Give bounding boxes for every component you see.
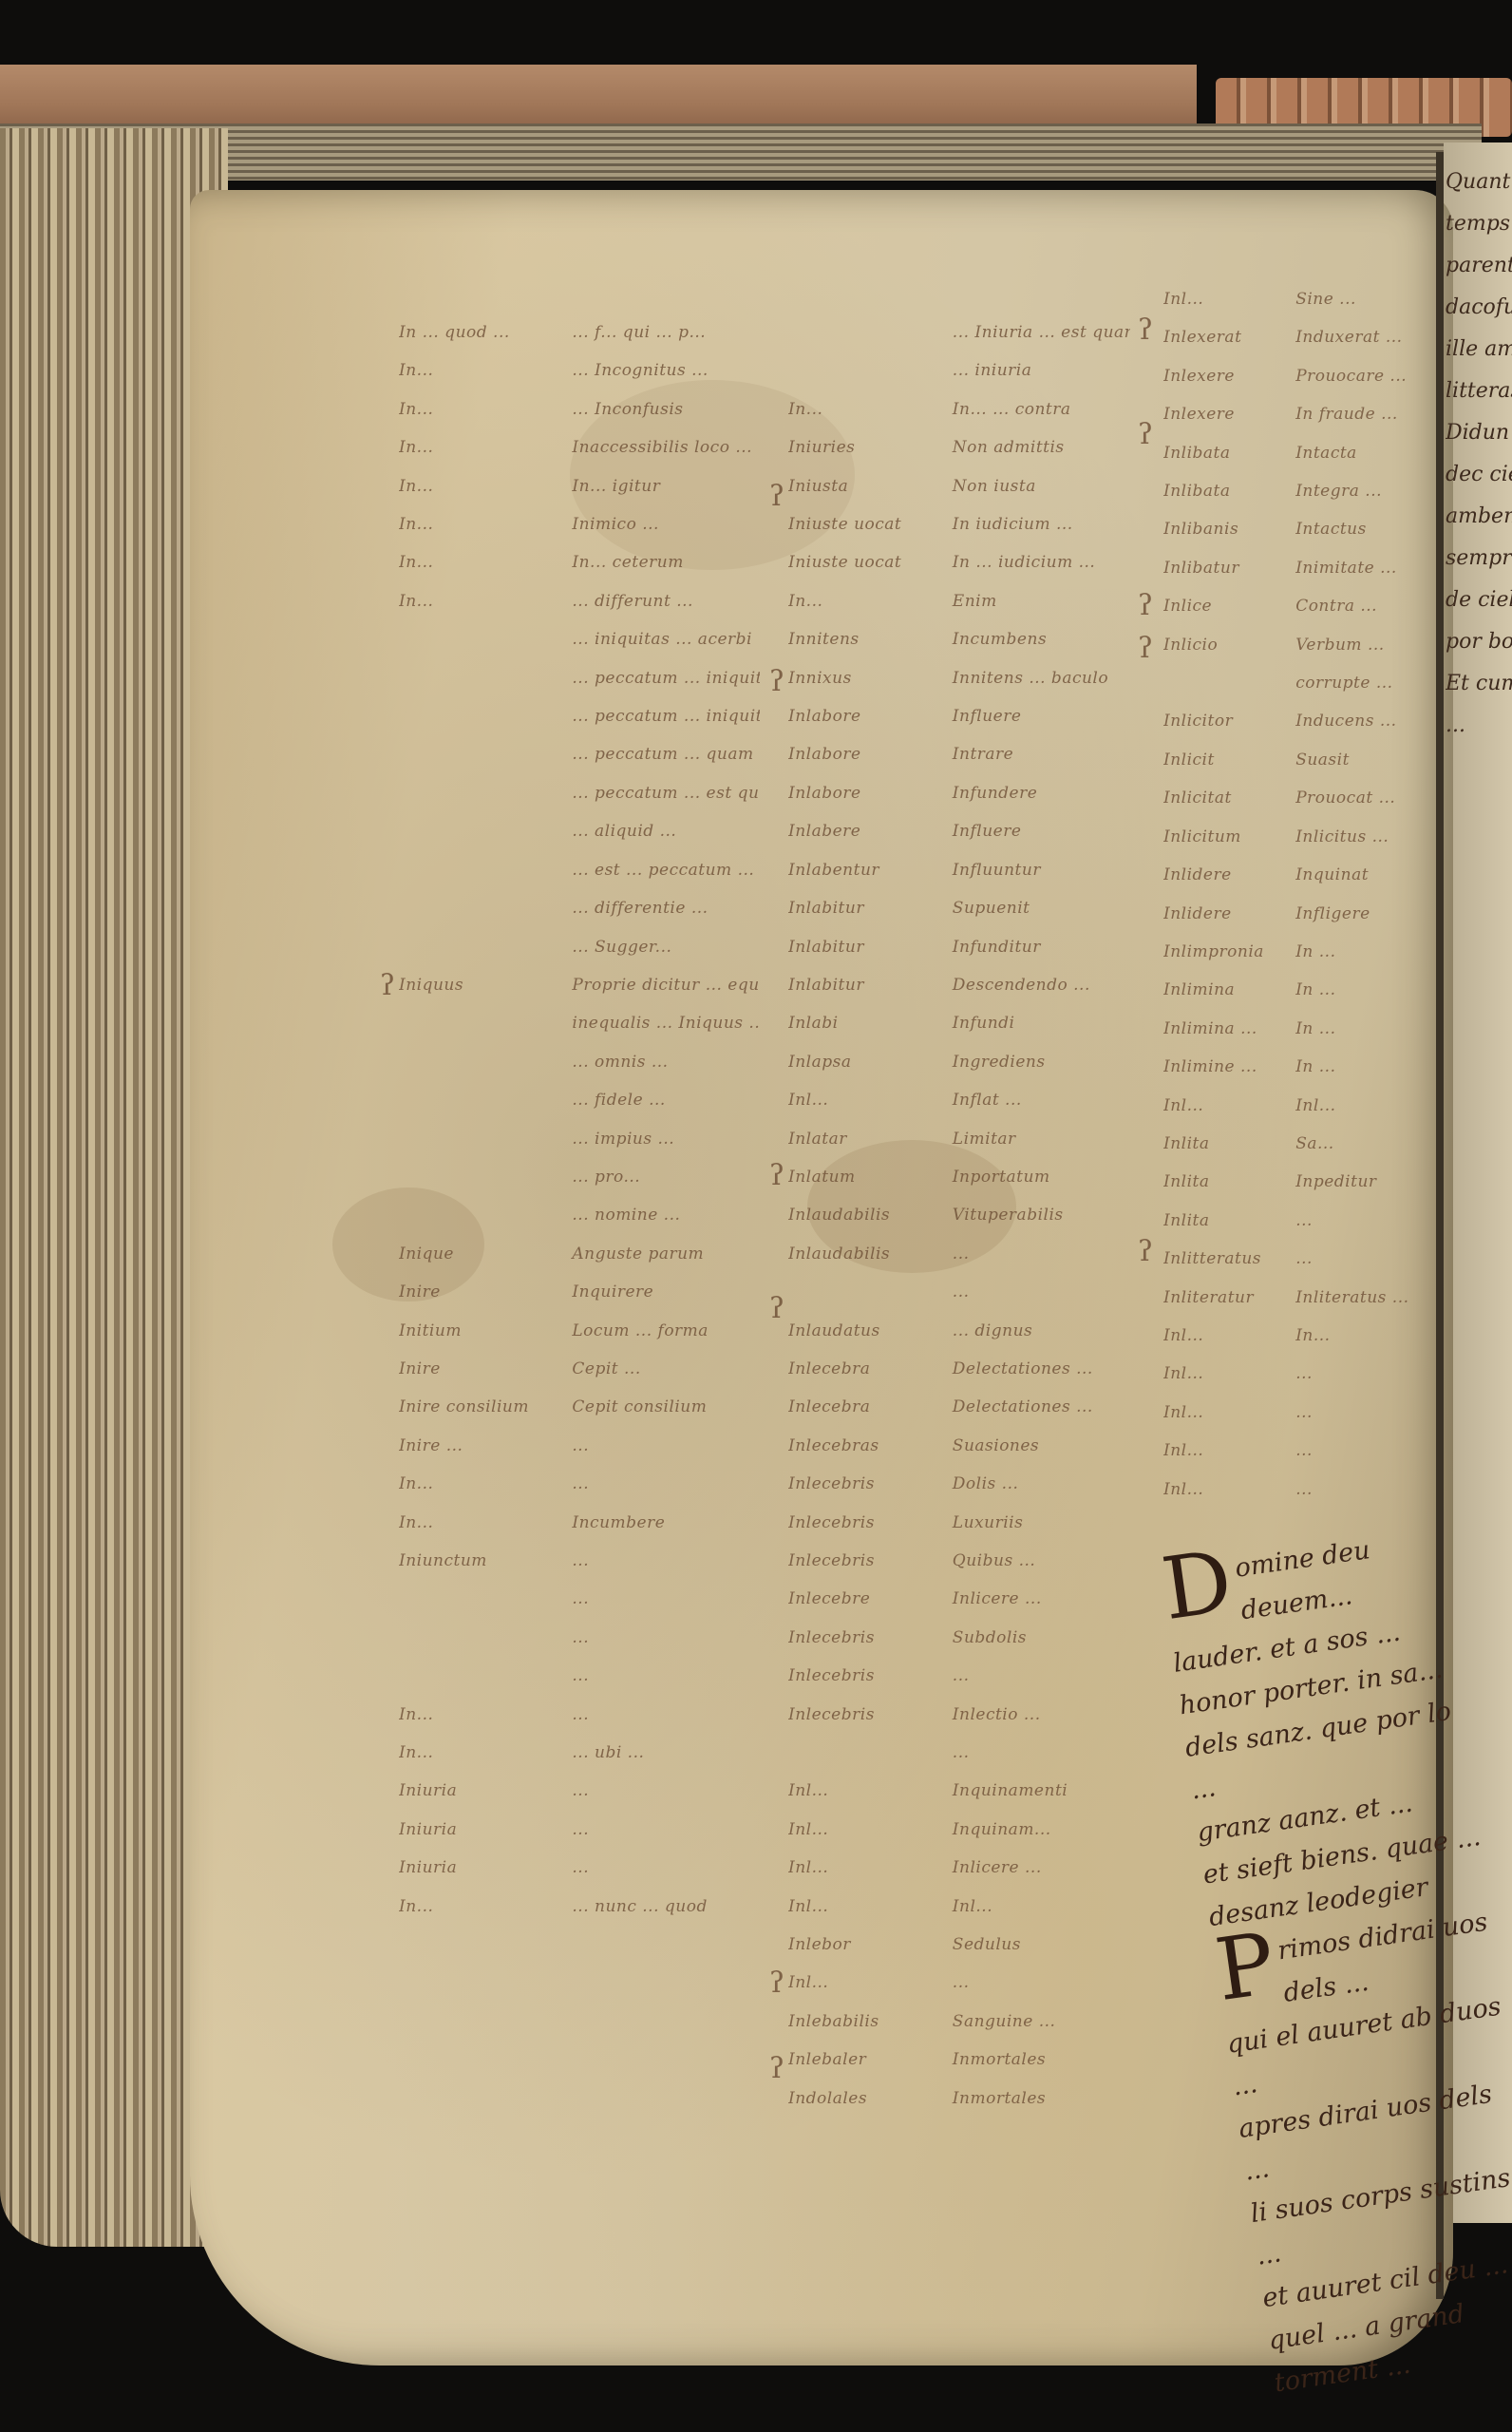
paragraph-mark-icon: ʔ [1138,632,1153,665]
gloss: In ... [1295,1010,1335,1048]
gloss: Sine ... [1295,280,1356,318]
paragraph-mark-icon: ʔ [769,1159,784,1192]
gloss-entry: InlecebrisDolis ... [788,1465,1130,1503]
gloss-entry: ... nomine ... [399,1196,760,1234]
lemma: In... [399,390,572,428]
gloss: ... [953,1235,970,1273]
paragraph-mark-icon: ʔ [769,2052,784,2085]
gloss-entry: InlimproniaIn ... [1163,933,1439,971]
gloss: Infundere [953,774,1037,812]
lemma: Inlecebris [788,1619,953,1657]
paragraph-mark-icon: ʔ [1138,589,1153,622]
gloss-entry: Inl...... [1163,1432,1439,1470]
gloss-entry: In...... differunt ... [399,582,760,620]
gloss: ... peccatum ... quam [572,735,753,773]
gloss-entry: InleborSedulus [788,1926,1130,1964]
gloss: ... omnis ... [572,1043,668,1081]
gloss: corrupte ... [1295,664,1392,702]
gloss-entry: InlidereInquinat [1163,856,1439,894]
gloss-entry: InlatumInportatum [788,1158,1130,1196]
gloss-entry: InlabiturInfunditur [788,928,1130,966]
gloss-entry: ... omnis ... [399,1043,760,1081]
gloss: Influuntur [953,851,1041,889]
gloss: Inimitate ... [1295,549,1397,587]
lemma: Inlexerat [1163,318,1295,356]
gloss-entry: InlecebrisLuxuriis [788,1504,1130,1542]
lemma: Inlita [1163,1202,1295,1240]
gloss: Prouocare ... [1295,357,1407,395]
lemma: Inlicit [1163,741,1295,779]
lemma: In... [399,428,572,466]
gloss: ... peccatum ... iniquitatis [572,659,760,697]
lemma: Inlidere [1163,856,1295,894]
lemma: Iniquus [399,966,572,1004]
lemma: Inlapsa [788,1043,953,1081]
paragraph-mark-icon: ʔ [769,665,784,698]
gloss: Intactus [1295,510,1367,548]
decorated-initial: D [1159,1548,1236,1624]
gloss: In ... [1295,933,1335,971]
facing-page-text: Quant in...temps al...parent. q...dacofu… [1446,161,1512,747]
lemma: In... [399,543,572,581]
lemma: In... [399,505,572,543]
gloss-entry: InlaboreInfundere [788,774,1130,812]
gloss: Inl... [953,1888,992,1926]
gloss: ... fidele ... [572,1081,665,1119]
gloss: ... pro... [572,1158,640,1196]
lemma: In... [788,390,953,428]
lemma: In... [399,582,572,620]
gloss: Inquinam... [953,1811,1051,1849]
facing-line: parent. q... [1446,245,1512,287]
gloss-entry: In...Incumbere [399,1504,760,1542]
gloss: ... [572,1465,589,1503]
lemma: Inlecebris [788,1504,953,1542]
gloss: Luxuriis [953,1504,1024,1542]
gloss-entry: Inlitteratus... [1163,1240,1439,1278]
lemma: In... [788,582,953,620]
gloss-column-b: ... Iniuria ... est quam ... aliquid con… [788,313,1130,2118]
lemma: Iniuries [788,428,953,466]
gloss-entry: InlaboreInfluere [788,697,1130,735]
gloss-entry: InlebabilisSanguine ... [788,2003,1130,2041]
gloss-entry: InlecebrisSubdolis [788,1619,1130,1657]
lemma: Inlecebris [788,1657,953,1695]
gloss: Inmortales [953,2041,1046,2079]
gloss: Locum ... forma [572,1312,709,1350]
facing-line: Quant in... [1446,161,1512,203]
gloss: ... peccatum ... est quid [572,774,760,812]
gloss: Descendendo ... [953,966,1090,1004]
gloss: In... igitur [572,467,660,505]
gloss: ... [953,1657,970,1695]
gloss-entry: In...Inimico ... [399,505,760,543]
gloss-entry: In...... nunc ... quod [399,1888,760,1926]
gloss-entry: corrupte ... [1163,664,1439,702]
gloss-entry: ... iniuria [788,351,1130,389]
lemma: Inlidere [1163,895,1295,933]
gloss-entry: InlicioVerbum ... [1163,626,1439,664]
gloss-entry: Inl...... [1163,1471,1439,1509]
lemma: Inlecebris [788,1465,953,1503]
gloss: Influere [953,697,1022,735]
gloss-entry: InlicitumInlicitus ... [1163,818,1439,856]
gloss-entry: Inl...Inl... [1163,1087,1439,1125]
gloss: Inliteratus ... [1295,1279,1408,1317]
facing-line: ille amat [1446,329,1512,370]
facing-line: Et cum ... [1446,663,1512,705]
lemma: In... [399,1888,572,1926]
gloss-entry: ... [788,1734,1130,1772]
gloss-entry: ... peccatum ... quam [399,735,760,773]
gloss-entry: ... est ... peccatum ... [399,851,760,889]
gloss-entry: ... [399,1619,760,1657]
gloss: Inflat ... [953,1081,1022,1119]
gloss: Contra ... [1295,587,1377,625]
lemma: In... [399,1734,572,1772]
gloss: ... [572,1427,589,1465]
gloss-entry: InlibaturInimitate ... [1163,549,1439,587]
lemma: Inlabi [788,1004,953,1042]
lemma: Inlabitur [788,966,953,1004]
gloss-entry: ... [399,1580,760,1618]
gloss-entry: inequalis ... Iniquus ... [399,1004,760,1042]
gloss: ... est ... peccatum ... [572,851,754,889]
lemma: Inire consilium [399,1388,572,1426]
gloss: ... nunc ... quod [572,1888,707,1926]
lemma: Inlice [1163,587,1295,625]
gloss-entry: InlecebraDelectationes ... [788,1350,1130,1388]
gloss-entry: InlicitatProuocat ... [1163,779,1439,817]
lemma: In ... quod ... [399,313,572,351]
lemma: Inlibanis [1163,510,1295,548]
lemma: Inlabere [788,812,953,850]
gloss: Inl... [1295,1087,1335,1125]
gloss: ... [572,1657,589,1695]
gloss-entry: ... Sugger... [399,928,760,966]
gloss: In... ... contra [953,390,1071,428]
gloss: Inquinamenti [953,1772,1068,1810]
gloss: Inmortales [953,2080,1046,2118]
gloss: ... peccatum ... iniquitas [572,697,760,735]
gloss: Influere [953,812,1022,850]
gloss: Intacta [1295,434,1357,472]
gloss-entry: InlibataIntacta [1163,434,1439,472]
lemma: Inl... [1163,1432,1295,1470]
gloss: ... [1295,1432,1313,1470]
lemma: Inlita [1163,1125,1295,1163]
gloss-entry: Iniuste uocatIn iudicium ... [788,505,1130,543]
gloss: Incumbere [572,1504,665,1542]
facing-line: de ciel ... [1446,579,1512,621]
gloss: ... [1295,1202,1313,1240]
gloss: In ... [1295,1048,1335,1086]
lemma: Inire ... [399,1427,572,1465]
gloss-entry: ... Iniuria ... est quam ... aliquid con [788,313,1130,351]
lemma: Iniunctum [399,1542,572,1580]
lemma: Inlecebra [788,1388,953,1426]
gloss-entry: InlabenturInfluuntur [788,851,1130,889]
gloss: Inlectio ... [953,1696,1041,1734]
lemma: Inlabitur [788,928,953,966]
lemma: Inlexere [1163,395,1295,433]
lemma: Inlabore [788,697,953,735]
gloss: Cepit consilium [572,1388,707,1426]
gloss: Non iusta [953,467,1036,505]
gloss-entry: InlecebrisQuibus ... [788,1542,1130,1580]
gloss-entry: Iniuria... [399,1772,760,1810]
lemma: Indolales [788,2080,953,2118]
gloss-entry: InlecebraDelectationes ... [788,1388,1130,1426]
gloss-entry: ... [399,1657,760,1695]
gloss-entry: Iniuria... [399,1849,760,1887]
gloss: In iudicium ... [953,505,1073,543]
gloss: ... Incognitus ... [572,351,708,389]
facing-line: ambenen... [1446,496,1512,538]
gloss: Sedulus [953,1926,1021,1964]
gloss-entry: InlabereInfluere [788,812,1130,850]
gloss: Subdolis [953,1619,1027,1657]
gloss-entry: ... impius ... [399,1120,760,1158]
gloss-entry: InlitaInpeditur [1163,1163,1439,1201]
lemma: Initium [399,1312,572,1350]
gloss-entry: InitiumLocum ... forma [399,1312,760,1350]
gloss-entry: InlabiturDescendendo ... [788,966,1130,1004]
gloss-entry: InliteraturInliteratus ... [1163,1279,1439,1317]
gloss-entry: In...... ubi ... [399,1734,760,1772]
paragraph-mark-icon: ʔ [769,1292,784,1325]
gloss-entry: InlitaSa... [1163,1125,1439,1163]
lemma: Inique [399,1235,572,1273]
gloss-entry: InlidereInfligere [1163,895,1439,933]
gloss-entry: ... [788,1273,1130,1311]
gloss: Prouocat ... [1295,779,1395,817]
gloss: ... f... qui ... p... [572,313,706,351]
gloss: ... [572,1849,589,1887]
gloss-entry: InlibanisIntactus [1163,510,1439,548]
lemma: Inlecebris [788,1696,953,1734]
gloss: Inlicere ... [953,1580,1042,1618]
gloss: Delectationes ... [953,1350,1093,1388]
lemma: Inl... [788,1081,953,1119]
gloss-entry: InlexereProuocare ... [1163,357,1439,395]
lemma: Inlicitor [1163,702,1295,740]
lemma: Inl... [788,1964,953,2002]
gloss: Infligere [1295,895,1370,933]
gloss: ... differentie ... [572,889,708,927]
gloss: Inpeditur [1295,1163,1376,1201]
gloss: Delectationes ... [953,1388,1093,1426]
gloss-entry: InlecebrisInlectio ... [788,1696,1130,1734]
gloss: ... [572,1696,589,1734]
lemma: Inlebabilis [788,2003,953,2041]
facing-line: ... [1446,705,1512,747]
decorated-initial: P [1212,1931,1278,2005]
paragraph-mark-icon: ʔ [1138,1235,1153,1268]
lemma: In... [399,1504,572,1542]
gloss-entry: InnitensIncumbens [788,620,1130,658]
gloss-entry: InlabiInfundi [788,1004,1130,1042]
gloss-entry: In...Inaccessibilis loco ... [399,428,760,466]
lemma: Inlimine ... [1163,1048,1295,1086]
gloss: Infunditur [953,928,1041,966]
lemma: Inlecebre [788,1580,953,1618]
facing-line: litteras a... [1446,370,1512,412]
facing-line: sempre ... [1446,538,1512,579]
gloss-column-c: Inl...Sine ... InlexeratInduxerat ... In… [1163,280,1439,1509]
gloss-entry: InliceContra ... [1163,587,1439,625]
gloss-entry: Inlimina ...In ... [1163,1010,1439,1048]
gloss: Sa... [1295,1125,1334,1163]
lemma: Iniusta [788,467,953,505]
gloss-entry: Inl...Inlicere ... [788,1849,1130,1887]
gloss-column-a: In ... quod ...... f... qui ... p...In..… [399,313,760,1926]
gloss-entry: In...... Incognitus ... [399,351,760,389]
lemma: Inlimpronia [1163,933,1295,971]
lemma: Inlebaler [788,2041,953,2079]
lemma: In... [399,1696,572,1734]
gloss: ... dignus [953,1312,1032,1350]
gloss: Suasit [1295,741,1350,779]
lemma: Inl... [1163,280,1295,318]
lemma: Inl... [1163,1471,1295,1509]
gloss-entry: ... peccatum ... est quid [399,774,760,812]
paragraph-mark-icon: ʔ [769,480,784,513]
lemma: Innitens [788,620,953,658]
gloss-entry: Inl...... [788,1964,1130,2002]
gloss-entry: Inl...Sine ... [1163,280,1439,318]
paragraph-mark-icon: ʔ [769,1966,784,2000]
gloss-entry: ... pro... [399,1158,760,1196]
gloss-entry: IniustaNon iusta [788,467,1130,505]
gloss-entry: ... peccatum ... iniquitas [399,697,760,735]
gloss: ... [1295,1240,1313,1278]
gloss: Proprie dicitur ... equus [572,966,760,1004]
gloss: Inducens ... [1295,702,1396,740]
lemma: Innixus [788,659,953,697]
gloss: ... iniuria [953,351,1032,389]
lemma: Inl... [788,1811,953,1849]
lemma: Iniuria [399,1811,572,1849]
gloss: ... ubi ... [572,1734,644,1772]
gloss: In fraude ... [1295,395,1398,433]
gloss-entry: Iniunctum... [399,1542,760,1580]
lemma: Inlatar [788,1120,953,1158]
gloss: ... aliquid ... [572,812,676,850]
gloss-entry: In...... [399,1465,760,1503]
gloss-entry: Inl...Inquinamenti [788,1772,1130,1810]
gloss: ... Iniuria ... est quam ... aliquid con [953,313,1130,351]
gloss-entry: Inlita... [1163,1202,1439,1240]
lemma: Inlebor [788,1926,953,1964]
lemma: Inlaudabilis [788,1235,953,1273]
facing-line: Didun leo... [1446,412,1512,454]
gloss-entry: In...Enim [788,582,1130,620]
gloss-entry: InlexeratInduxerat ... [1163,318,1439,356]
gloss: ... [953,1734,970,1772]
facing-line: dacofud l... [1446,287,1512,329]
facing-line: por bona f... [1446,621,1512,663]
facing-line: dec ciel re... [1446,454,1512,496]
gloss-entry: InnixusInnitens ... baculo [788,659,1130,697]
gloss: Inlicere ... [953,1849,1042,1887]
gloss-entry: In...In... ... contra [788,390,1130,428]
gloss-entry: Inire consiliumCepit consilium [399,1388,760,1426]
lemma: Inlibata [1163,472,1295,510]
lemma: Inire [399,1273,572,1311]
gloss-entry: Inlecebris... [788,1657,1130,1695]
gloss-entry: InlecebrasSuasiones [788,1427,1130,1465]
gloss: Vituperabilis [953,1196,1064,1234]
gloss-entry: In ... quod ...... f... qui ... p... [399,313,760,351]
gloss-entry: Inire ...... [399,1427,760,1465]
lemma: Inliteratur [1163,1279,1295,1317]
lemma: Inlabentur [788,851,953,889]
gloss-entry: InlaboreIntrare [788,735,1130,773]
gloss: Innitens ... baculo [953,659,1108,697]
gloss: Inquirere [572,1273,653,1311]
gloss: In... ceterum [572,543,683,581]
gloss-entry: InlibataIntegra ... [1163,472,1439,510]
lemma: Inl... [788,1888,953,1926]
gloss-entry: InlicitorInducens ... [1163,702,1439,740]
lemma: Inl... [1163,1087,1295,1125]
gloss: Inquinat [1295,856,1369,894]
gloss-entry: Inl...In... [1163,1317,1439,1355]
lemma: Inl... [1163,1394,1295,1432]
gloss-entry: InlexereIn fraude ... [1163,395,1439,433]
gloss: Dolis ... [953,1465,1019,1503]
lemma: Inl... [1163,1355,1295,1393]
lemma: Iniuria [399,1772,572,1810]
gloss-entry: IndolalesInmortales [788,2080,1130,2118]
gloss-entry: In...In... ceterum [399,543,760,581]
gloss: In... [1295,1317,1330,1355]
gloss-entry: Iniuria... [399,1811,760,1849]
gloss-entry: ... fidele ... [399,1081,760,1119]
gloss-entry: Inlaudabilis... [788,1235,1130,1273]
gloss: ... impius ... [572,1120,674,1158]
gloss: ... nomine ... [572,1196,680,1234]
gloss-entry: In...... Inconfusis [399,390,760,428]
lemma: Inlicitat [1163,779,1295,817]
gloss-entry: InlatarLimitar [788,1120,1130,1158]
paragraph-mark-icon: ʔ [380,969,395,1002]
gloss: Inimico ... [572,505,659,543]
gloss: Suasiones [953,1427,1039,1465]
gloss: Incumbens [953,620,1047,658]
lemma: Inlita [1163,1163,1295,1201]
gloss: ... [1295,1355,1313,1393]
gloss-entry: InlapsaIngrediens [788,1043,1130,1081]
gloss-entry: Inl...Inflat ... [788,1081,1130,1119]
lemma: Iniuria [399,1849,572,1887]
gloss: ... [1295,1471,1313,1509]
lemma: Inlibata [1163,434,1295,472]
lemma: Inlimina [1163,971,1295,1009]
gloss-entry: InlecebreInlicere ... [788,1580,1130,1618]
gloss: Limitar [953,1120,1016,1158]
gloss-entry: Inl...... [1163,1355,1439,1393]
lemma: Inlexere [1163,357,1295,395]
lemma: Inl... [788,1849,953,1887]
gloss: ... [572,1619,589,1657]
lemma: Inlitteratus [1163,1240,1295,1278]
gloss: Inaccessibilis loco ... [572,428,752,466]
gloss: Ingrediens [953,1043,1046,1081]
gloss-entry: InireCepit ... [399,1350,760,1388]
gloss-entry: InlabiturSupuenit [788,889,1130,927]
